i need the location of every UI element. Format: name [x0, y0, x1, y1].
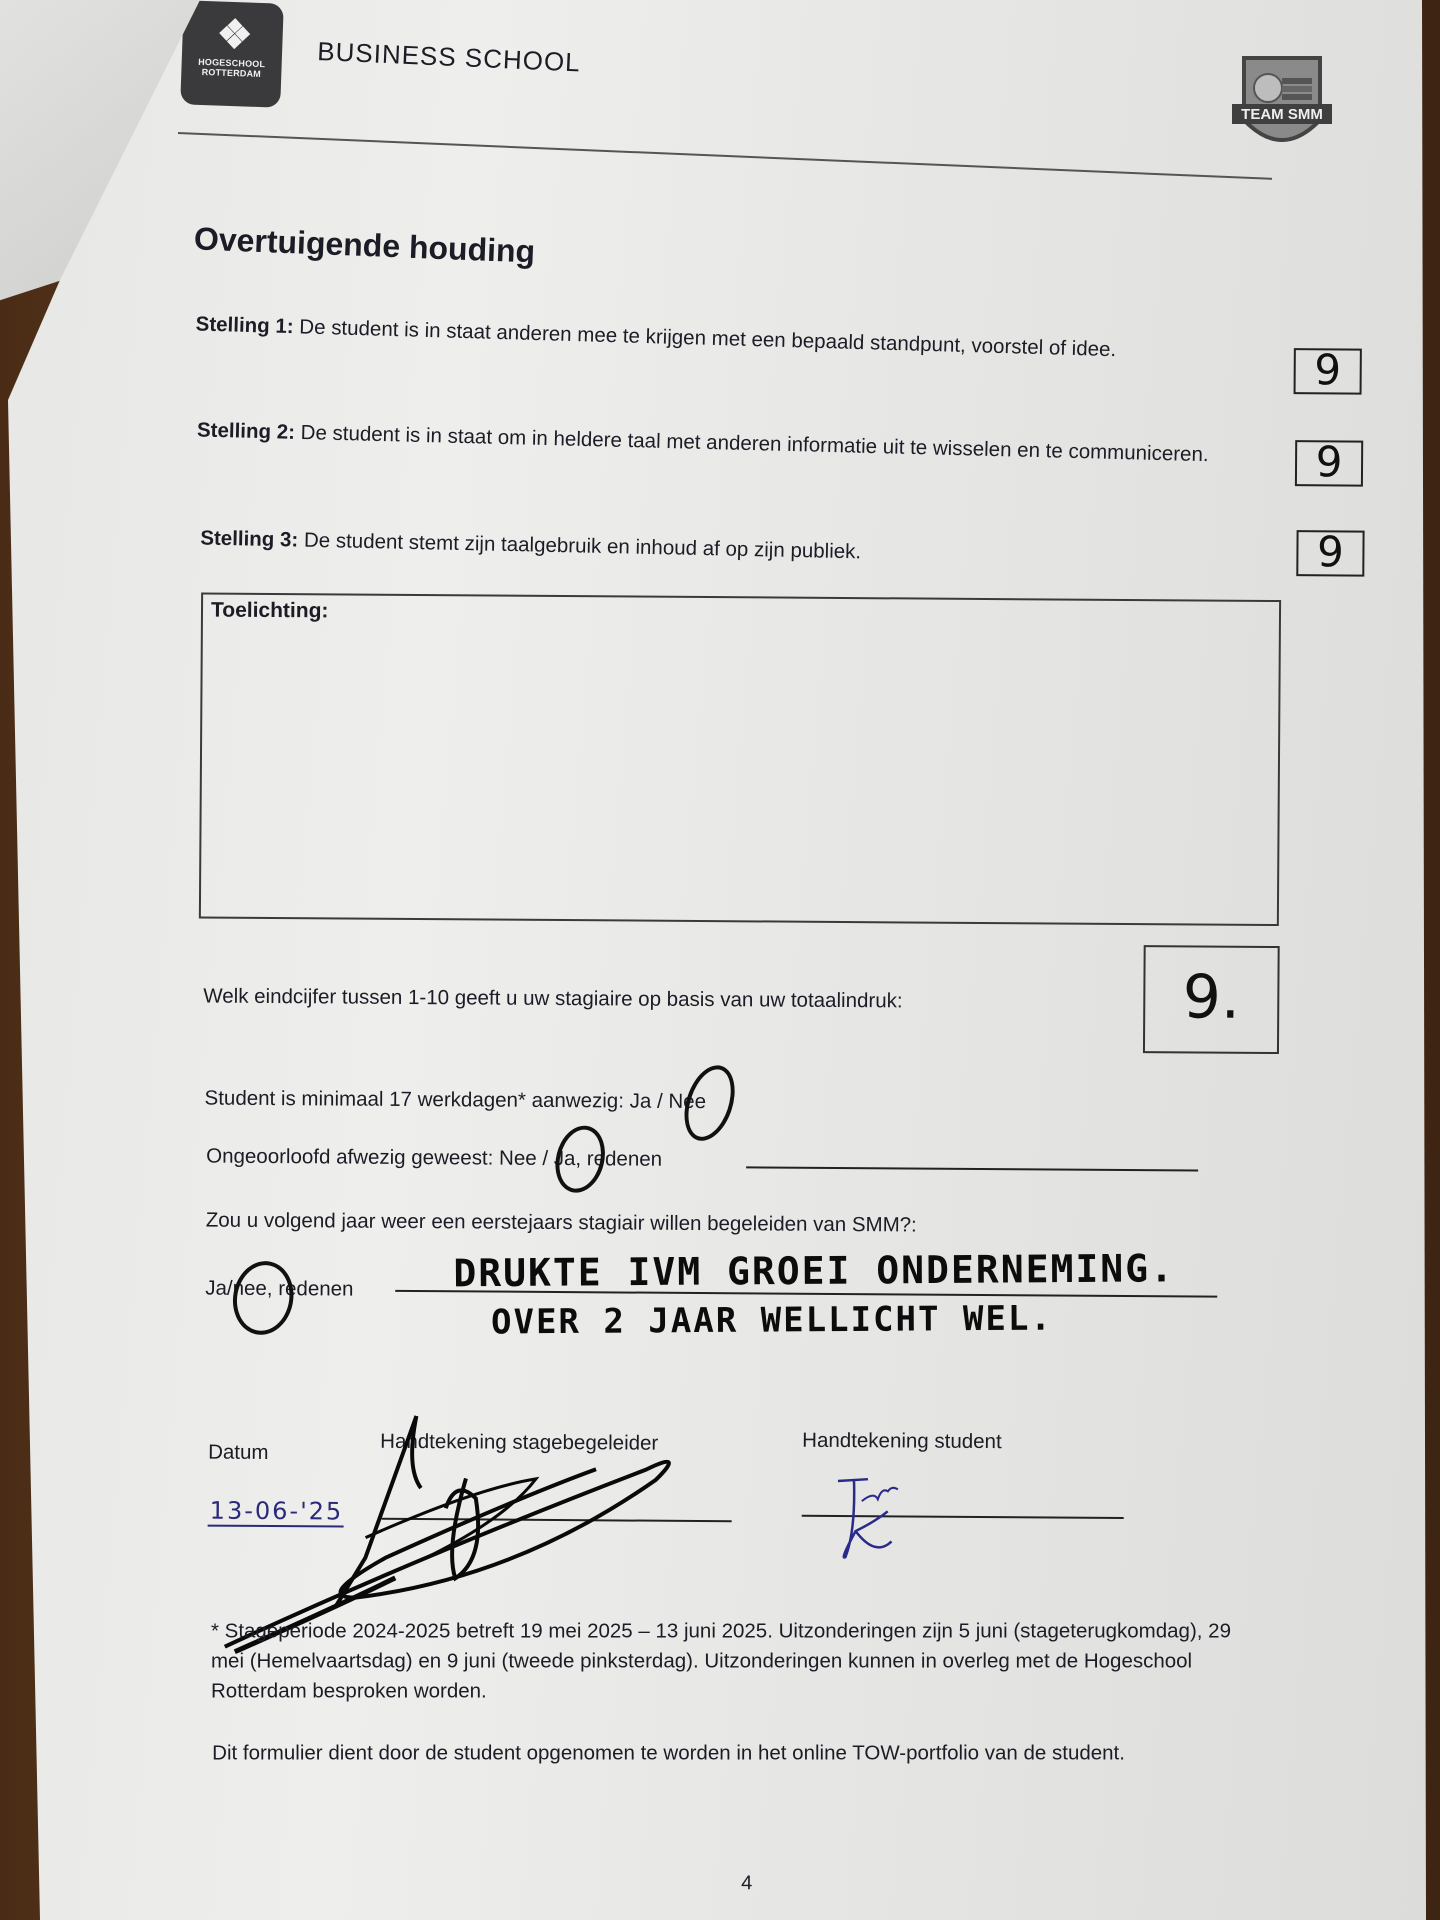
next-year-question: Zou u volgend jaar weer een eerstejaars …	[206, 1209, 917, 1238]
absence-separator: /	[542, 1147, 548, 1170]
statement-3: Stelling 3: De student stemt zijn taalge…	[200, 525, 1260, 575]
statement-2-text: De student is in staat om in heldere taa…	[300, 421, 1208, 466]
attendance-row: Student is minimaal 17 werkdagen* aanwez…	[205, 1087, 707, 1115]
next-year-reason-line1: Drukte ivm groei onderneming.	[453, 1246, 1175, 1295]
absence-selection-circle	[548, 1120, 611, 1198]
statement-3-text: De student stemt zijn taalgebruik en inh…	[304, 529, 862, 564]
attendance-selection-circle	[675, 1059, 743, 1148]
page-number: 4	[741, 1872, 752, 1895]
attendance-option-ja[interactable]: Ja	[630, 1090, 652, 1113]
statement-1: Stelling 1: De student is in staat ander…	[195, 310, 1255, 368]
absence-question: Ongeoorloofd afwezig geweest:	[206, 1145, 493, 1170]
final-grade-question: Welk eindcijfer tussen 1-10 geeft u uw s…	[203, 985, 902, 1014]
footnote-stageperiode: * Stageperiode 2024-2025 betreft 19 mei …	[211, 1617, 1231, 1707]
attendance-separator: /	[657, 1090, 663, 1113]
toelichting-field[interactable]: Toelichting:	[199, 593, 1281, 927]
absence-reason-line[interactable]	[746, 1166, 1198, 1171]
statement-1-label: Stelling 1:	[195, 312, 294, 338]
toelichting-label: Toelichting:	[211, 599, 329, 624]
statement-1-score[interactable]: 9	[1294, 348, 1362, 394]
next-year-option-ja[interactable]: Ja	[205, 1277, 227, 1300]
statement-2-score[interactable]: 9	[1295, 440, 1363, 486]
form-page: ❖ HOGESCHOOL ROTTERDAM BUSINESS SCHOOL T…	[0, 0, 1440, 1920]
section-title: Overtuigende houding	[193, 220, 535, 270]
statement-1-text: De student is in staat anderen mee te kr…	[299, 315, 1116, 361]
next-year-reason-line2: Over 2 jaar wellicht wel.	[491, 1299, 1053, 1343]
next-year-selection-circle	[227, 1256, 299, 1340]
statement-3-label: Stelling 3:	[200, 527, 298, 552]
final-grade-field[interactable]: 9.	[1143, 945, 1280, 1054]
student-signature-label: Handtekening student	[802, 1429, 1002, 1454]
statement-3-score[interactable]: 9	[1296, 530, 1364, 576]
student-signature-scribble	[825, 1461, 946, 1572]
statement-2: Stelling 2: De student is in staat om in…	[197, 416, 1257, 470]
form-content: Overtuigende houding Stelling 1: De stud…	[0, 0, 1440, 1920]
attendance-question: Student is minimaal 17 werkdagen* aanwez…	[205, 1087, 625, 1113]
absence-option-nee[interactable]: Nee	[499, 1147, 537, 1170]
footnote-instruction: Dit formulier dient door de student opge…	[212, 1739, 1232, 1769]
statement-2-label: Stelling 2:	[197, 418, 296, 443]
